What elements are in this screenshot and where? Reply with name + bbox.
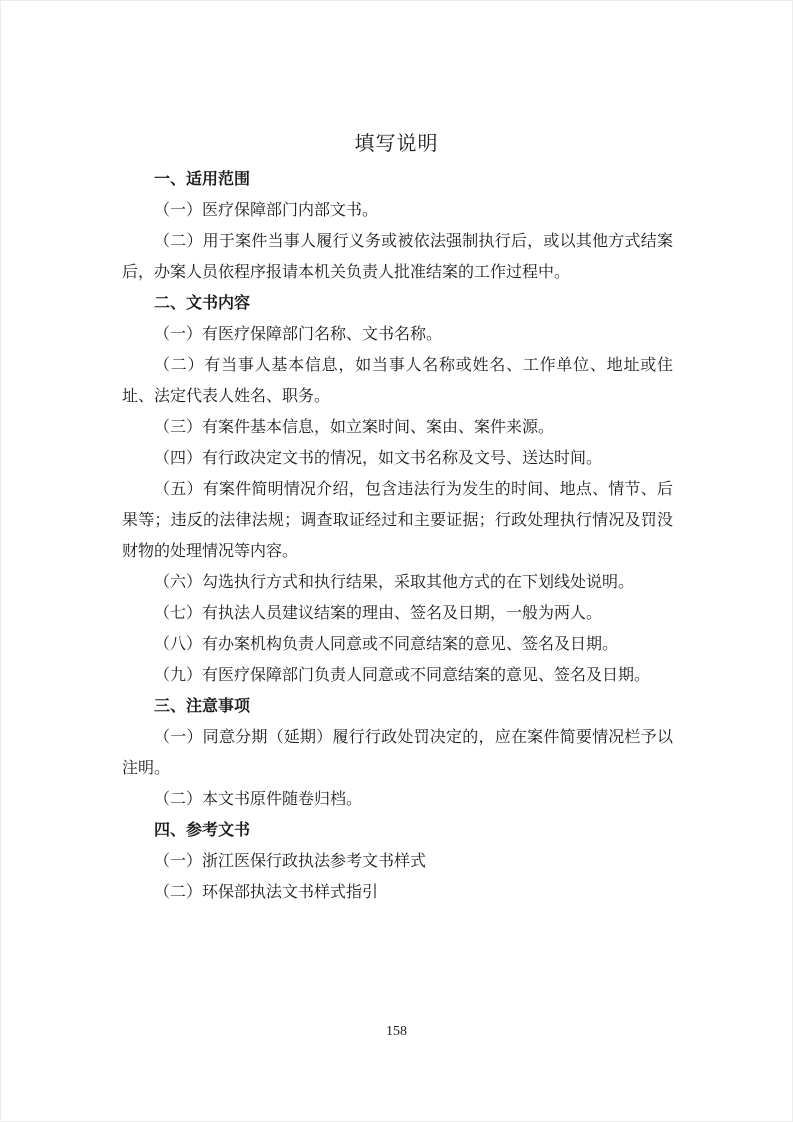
- paragraph: （一）医疗保障部门内部文书。: [122, 195, 673, 226]
- section-heading-document-content: 二、文书内容: [122, 288, 673, 319]
- section-heading-scope: 一、适用范围: [122, 164, 673, 195]
- document-body: 一、适用范围 （一）医疗保障部门内部文书。 （二）用于案件当事人履行义务或被依法…: [122, 164, 673, 908]
- paragraph: （四）有行政决定文书的情况，如文书名称及文号、送达时间。: [122, 443, 673, 474]
- page-title: 填写说明: [1, 129, 792, 159]
- document-page: 填写说明 一、适用范围 （一）医疗保障部门内部文书。 （二）用于案件当事人履行义…: [0, 0, 793, 1122]
- paragraph: （二）用于案件当事人履行义务或被依法强制执行后，或以其他方式结案后，办案人员依程…: [122, 226, 673, 288]
- paragraph: （五）有案件简明情况介绍，包含违法行为发生的时间、地点、情节、后果等；违反的法律…: [122, 474, 673, 567]
- paragraph: （六）勾选执行方式和执行结果，采取其他方式的在下划线处说明。: [122, 567, 673, 598]
- paragraph: （一）浙江医保行政执法参考文书样式: [122, 846, 673, 877]
- section-heading-references: 四、参考文书: [122, 815, 673, 846]
- paragraph: （七）有执法人员建议结案的理由、签名及日期，一般为两人。: [122, 598, 673, 629]
- paragraph: （三）有案件基本信息，如立案时间、案由、案件来源。: [122, 412, 673, 443]
- paragraph: （二）本文书原件随卷归档。: [122, 784, 673, 815]
- paragraph: （九）有医疗保障部门负责人同意或不同意结案的意见、签名及日期。: [122, 660, 673, 691]
- paragraph: （八）有办案机构负责人同意或不同意结案的意见、签名及日期。: [122, 629, 673, 660]
- paragraph: （一）有医疗保障部门名称、文书名称。: [122, 319, 673, 350]
- paragraph: （二）有当事人基本信息，如当事人名称或姓名、工作单位、地址或住址、法定代表人姓名…: [122, 350, 673, 412]
- paragraph: （二）环保部执法文书样式指引: [122, 877, 673, 908]
- section-heading-notes: 三、注意事项: [122, 691, 673, 722]
- page-number: 158: [1, 1022, 792, 1042]
- paragraph: （一）同意分期（延期）履行行政处罚决定的，应在案件简要情况栏予以注明。: [122, 722, 673, 784]
